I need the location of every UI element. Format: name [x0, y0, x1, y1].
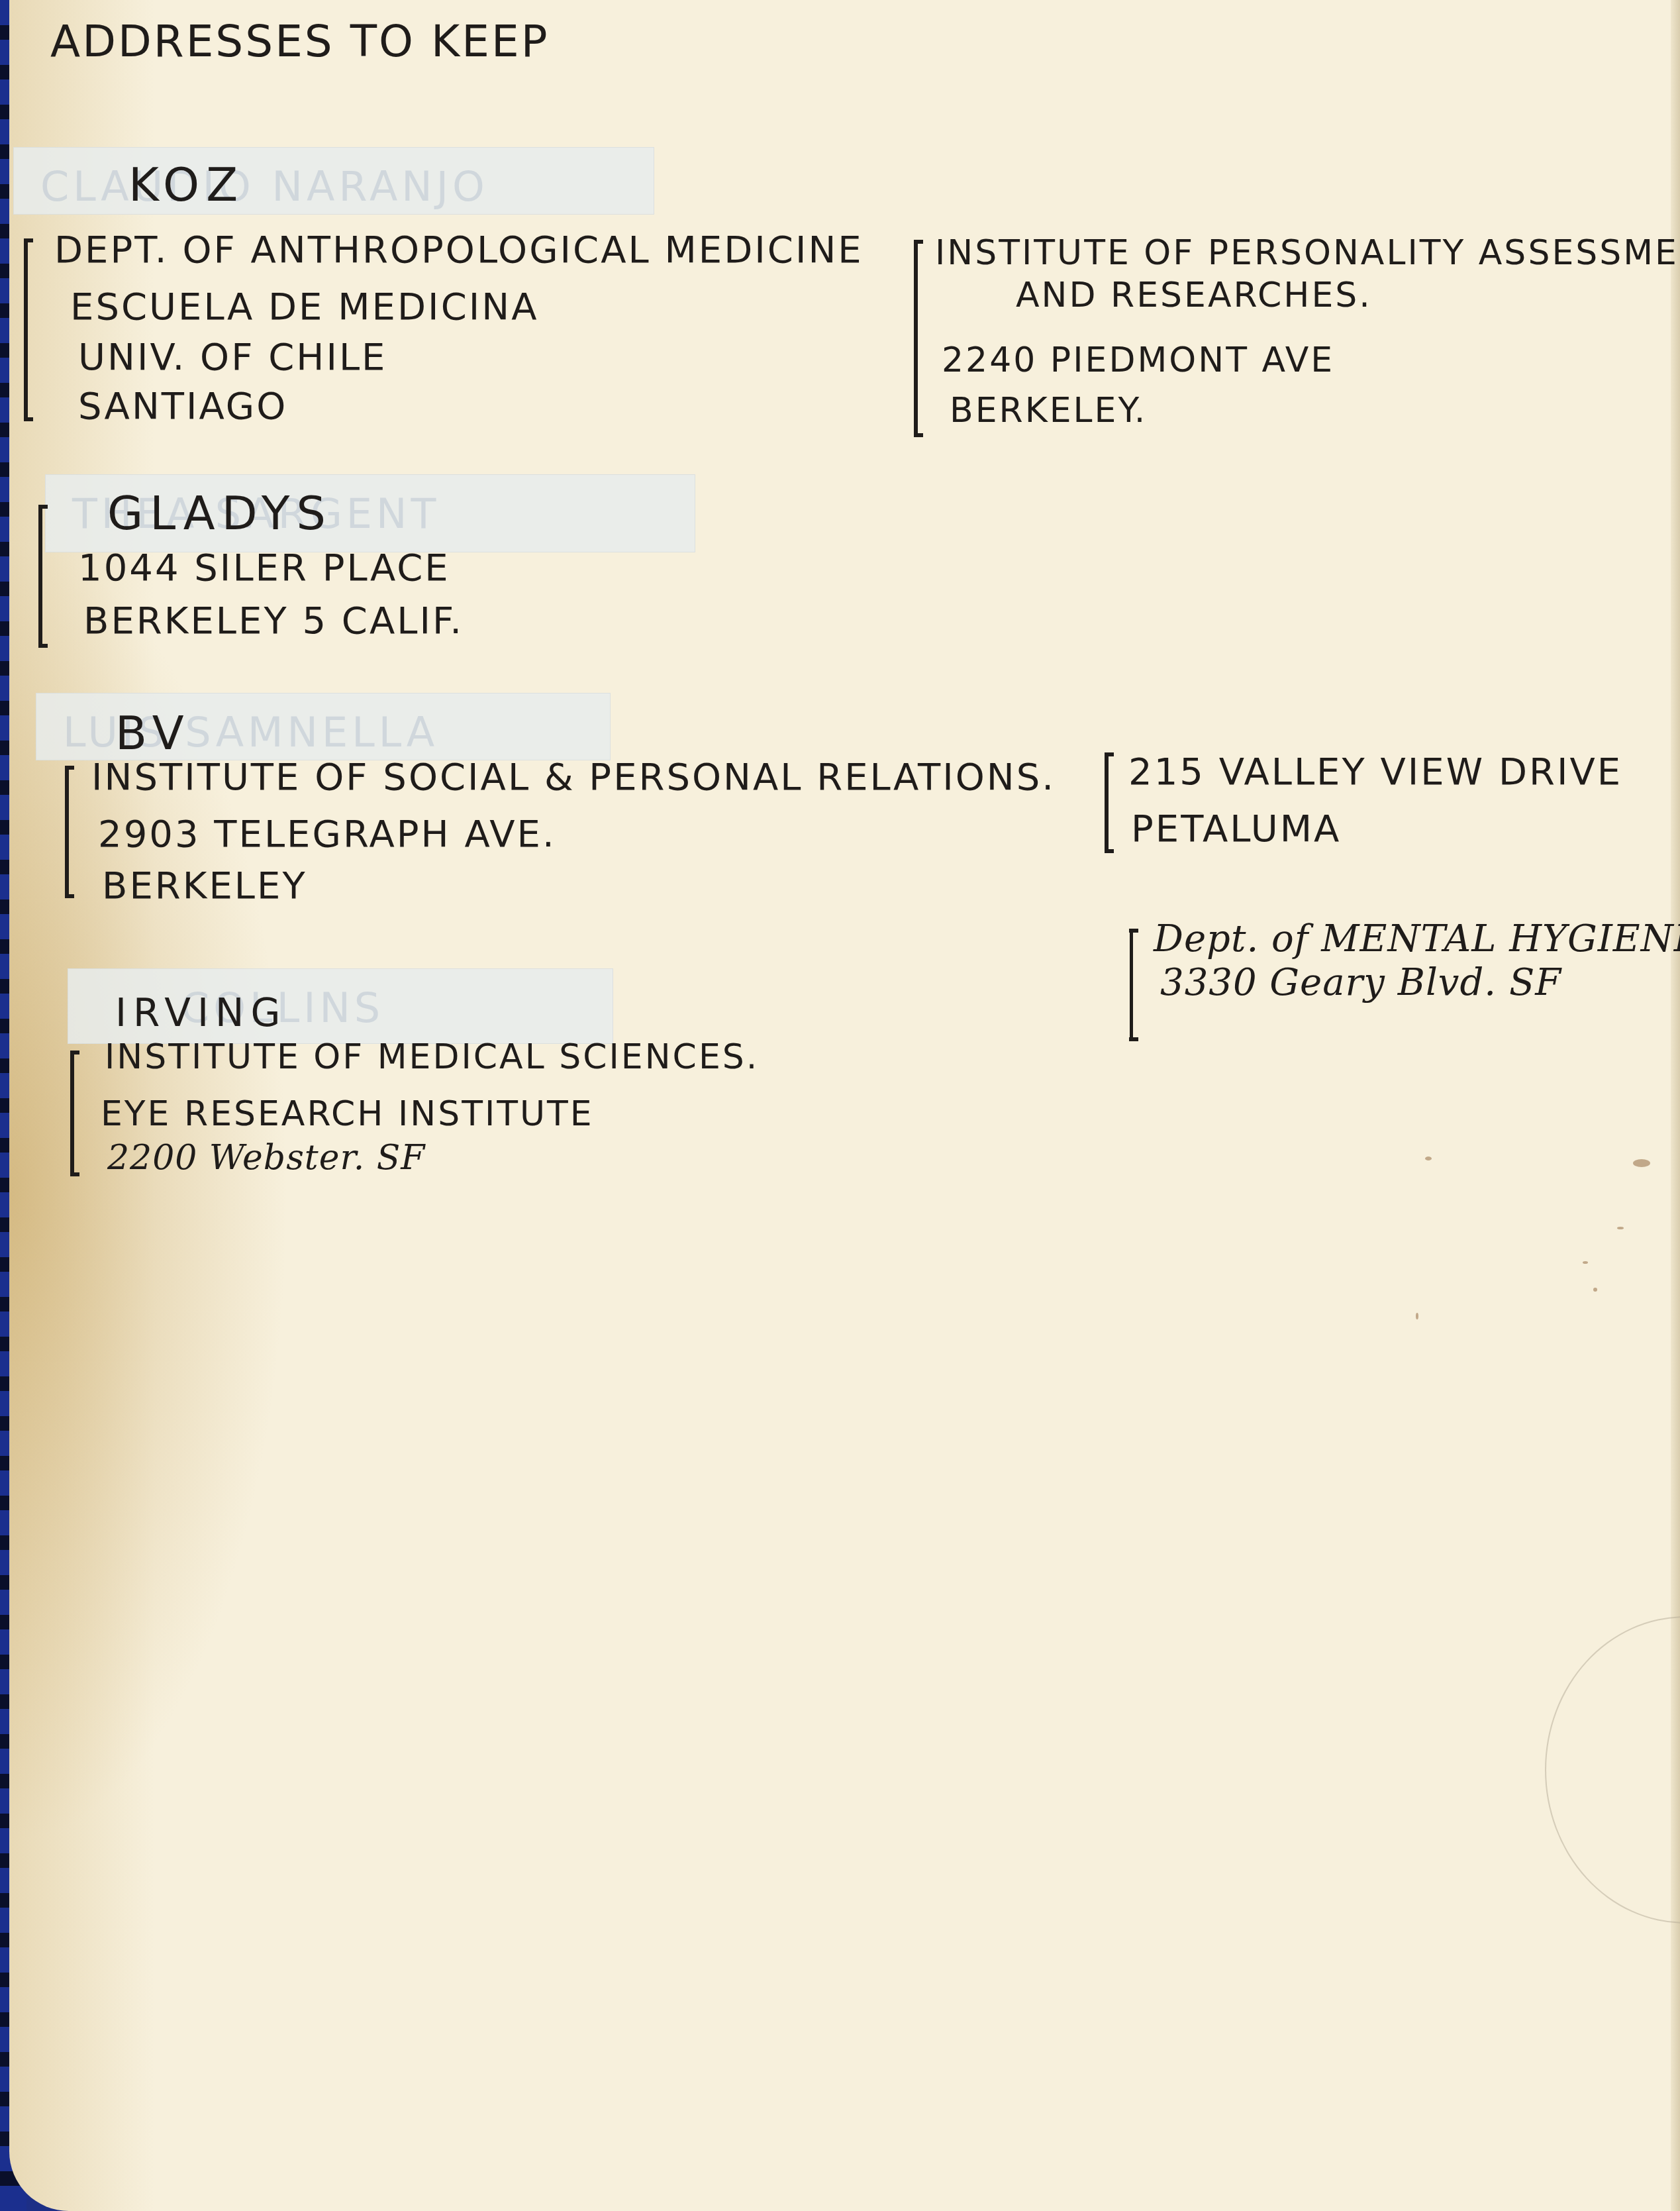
paper-stain: [1583, 1261, 1588, 1264]
paper-stain: [1416, 1313, 1418, 1319]
address-line: ESCUELA DE MEDICINA: [70, 289, 538, 326]
address-line: INSTITUTE OF SOCIAL & PERSONAL RELATIONS…: [91, 759, 1056, 796]
paper-stain: [1425, 1157, 1432, 1160]
address-line: INSTITUTE OF MEDICAL SCIENCES.: [105, 1040, 759, 1074]
entry-name-irving: IRVING: [115, 994, 287, 1032]
address-line: PETALUMA: [1131, 811, 1341, 848]
address-line: BERKELEY.: [950, 393, 1147, 428]
address-line: 2200 Webster. SF: [107, 1141, 425, 1175]
bracket-irving: [70, 1051, 74, 1176]
address-line: AND RESEARCHES.: [1016, 278, 1372, 313]
bracket-gladys: [38, 505, 42, 648]
address-line: 2903 TELEGRAPH AVE.: [98, 816, 556, 853]
notebook-page: ADDRESSES TO KEEP CLAUDIO NARANJO KOZ DE…: [9, 0, 1680, 2211]
address-line: DEPT. OF ANTHROPOLOGICAL MEDICINE: [54, 232, 864, 269]
address-line: BERKELEY 5 CALIF.: [83, 603, 464, 640]
address-line: BERKELEY: [102, 868, 307, 905]
entry-name-gladys: GLADYS: [107, 490, 332, 537]
page-title: ADDRESSES TO KEEP: [50, 20, 549, 64]
label-tape-koz: CLAUDIO NARANJO: [13, 147, 654, 215]
bracket-bv: [65, 766, 69, 898]
paper-stain: [1633, 1159, 1650, 1167]
entry-name-koz: KOZ: [128, 162, 244, 208]
address-line: Dept. of MENTAL HYGIENE: [1154, 921, 1680, 958]
bracket-koz: [24, 238, 28, 421]
paper-curve-mark: [1545, 1616, 1680, 1924]
obscured-label-text: CLAUDIO NARANJO: [40, 162, 489, 211]
bracket-mental-hygiene: [1130, 929, 1133, 1041]
paper-stain: [1617, 1227, 1624, 1229]
address-line: UNIV. OF CHILE: [78, 339, 387, 376]
address-line: 215 VALLEY VIEW DRIVE: [1128, 754, 1622, 791]
address-line: 3330 Geary Blvd. SF: [1160, 964, 1561, 1002]
address-line: INSTITUTE OF PERSONALITY ASSESSMENT: [935, 236, 1680, 270]
bracket-ipar: [914, 240, 918, 437]
address-line: 2240 PIEDMONT AVE: [942, 343, 1334, 378]
entry-name-bv: BV: [115, 710, 191, 756]
address-line: 1044 SILER PLACE: [78, 550, 450, 587]
bracket-petaluma: [1105, 752, 1109, 853]
address-line: EYE RESEARCH INSTITUTE: [101, 1097, 594, 1131]
address-line: SANTIAGO: [78, 388, 287, 425]
paper-stain: [1593, 1288, 1597, 1292]
